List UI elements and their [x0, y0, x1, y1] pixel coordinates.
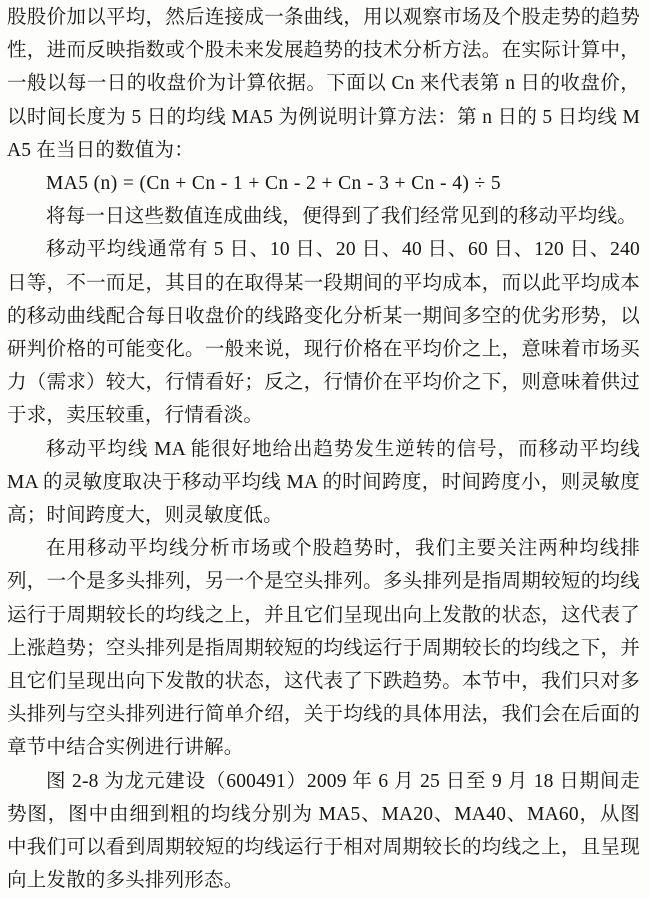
paragraph-connect-values-into-curve: 将每一日这些数值连成曲线，便得到了我们经常见到的移动平均线。	[7, 200, 640, 233]
book-page: 股股价加以平均，然后连接成一条曲线，用以观察市场及个股走势的趋势性，进而反映指数…	[0, 0, 649, 899]
paragraph-ma-sensitivity: 移动平均线 MA 能很好地给出趋势发生逆转的信号，而移动平均线 MA 的灵敏度取…	[7, 433, 640, 533]
paragraph-ma-periods-and-cost: 移动平均线通常有 5 日、10 日、20 日、40 日、60 日、120 日、2…	[7, 233, 640, 432]
paragraph-ma-definition-continuation: 股股价加以平均，然后连接成一条曲线，用以观察市场及个股走势的趋势性，进而反映指数…	[7, 1, 640, 167]
paragraph-bullish-bearish-alignment: 在用移动平均线分析市场或个股趋势时，我们主要关注两种均线排列，一个是多头排列，另…	[7, 532, 640, 764]
formula-ma5-calculation: MA5 (n) = (Cn + Cn - 1 + Cn - 2 + Cn - 3…	[7, 167, 640, 200]
paragraph-figure-2-8-reference: 图 2-8 为龙元建设（600491）2009 年 6 月 25 日至 9 月 …	[7, 765, 640, 898]
